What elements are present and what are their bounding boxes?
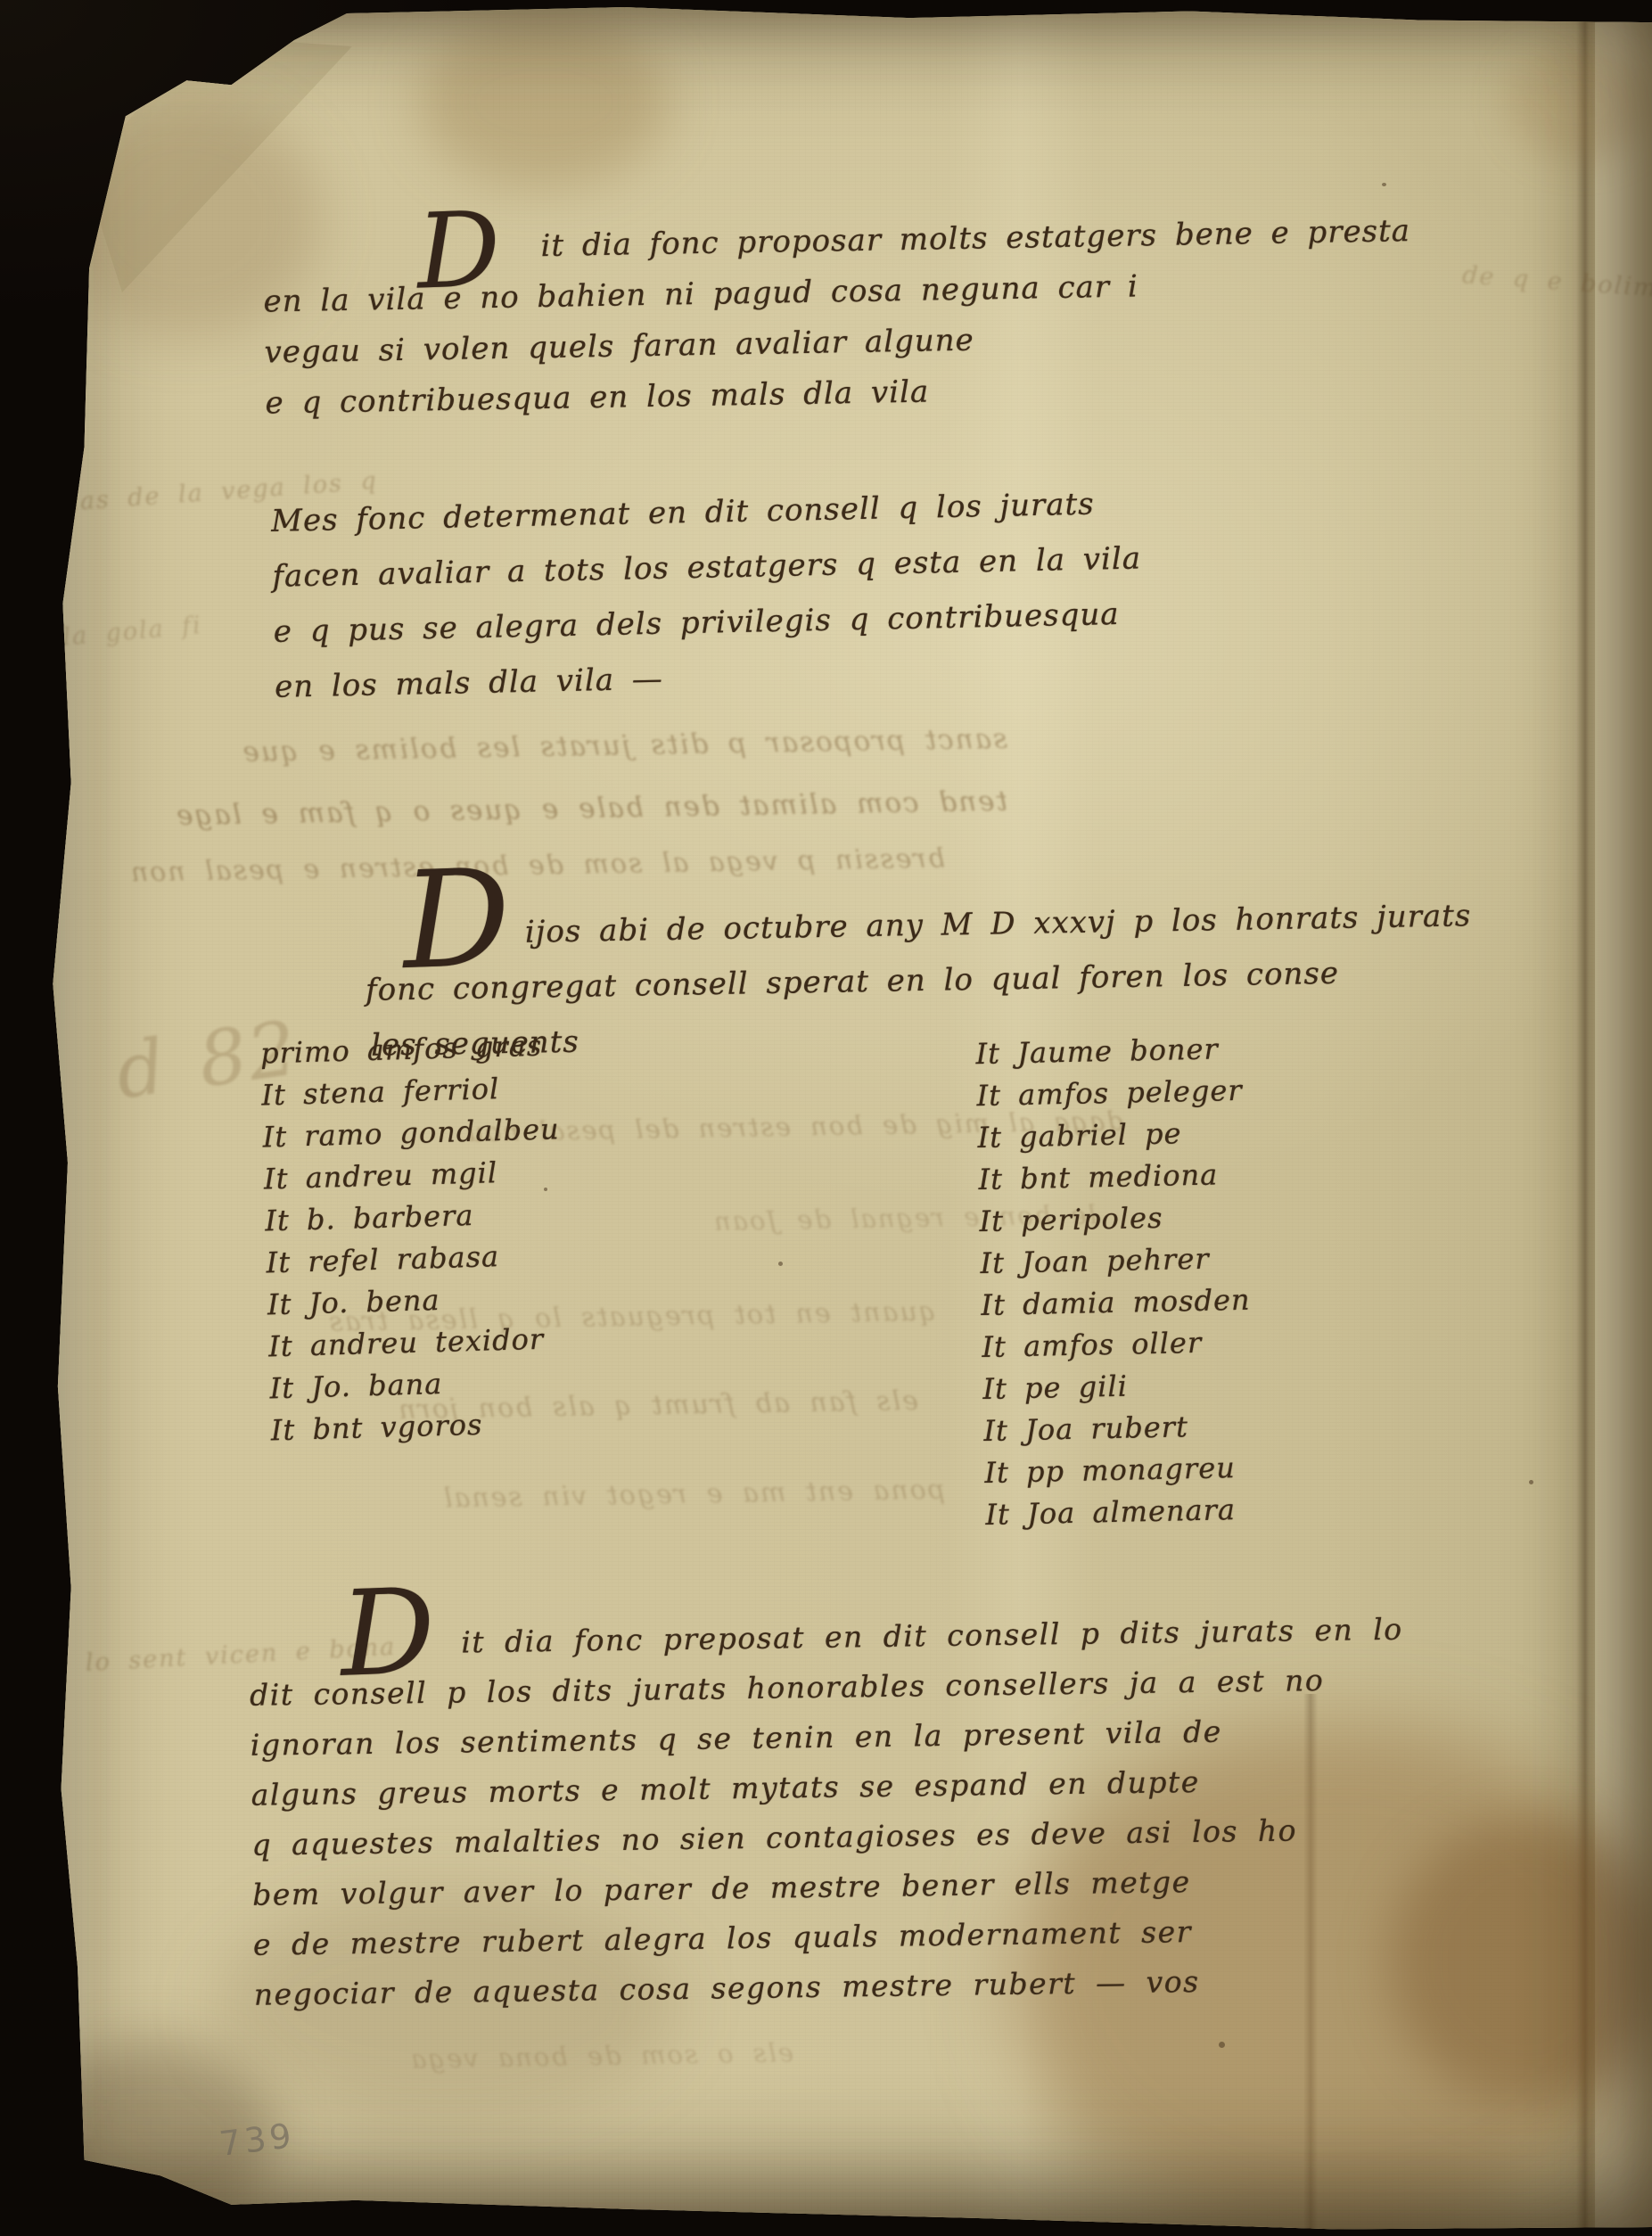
council-member-item: It Joa almenara [985,1489,1414,1540]
ink-speck [1529,1480,1533,1484]
paragraph-4: it dia fonc preposat en dit consell p di… [249,1603,1502,2020]
stain [419,18,669,187]
page-sheet: sanct proposar p dits jurats les bolims … [0,0,1652,2236]
council-members-left-column: primo amfos gras It stena ferriol It ram… [260,1025,682,1456]
ink-speck [1382,183,1386,186]
adjacent-page-edge [1595,20,1652,2236]
showthrough-text: sanct proposar p dits jurats les bolims … [267,723,1008,768]
ink-speck [778,1262,783,1266]
showthrough-text: els o som de bona vega [294,2037,794,2076]
paragraph-2: Mes fonc determenat en dit consell q los… [271,469,1452,715]
fold-crease [1576,20,1596,2236]
showthrough-text: bressin p vega al som de bon estren e pe… [267,843,945,885]
ink-speck [544,1188,547,1191]
folio-number-bottom: 739 [218,2116,297,2164]
torn-edge-highlight [52,107,114,2140]
folio-number-top: 742 [126,29,223,85]
council-members-right-column: It Jaume boner It amfos peleger It gabri… [975,1028,1414,1540]
showthrough-text: pona ent ma e regot vin senal [285,1475,945,1517]
showthrough-text: tend com alimat den bale e ques o q fam … [259,785,1008,831]
paragraph-1: it dia fonc proposar molts estatgers ben… [262,205,1442,429]
ink-speck [1219,2042,1225,2048]
manuscript-photo: sanct proposar p dits jurats les bolims … [0,0,1652,2236]
